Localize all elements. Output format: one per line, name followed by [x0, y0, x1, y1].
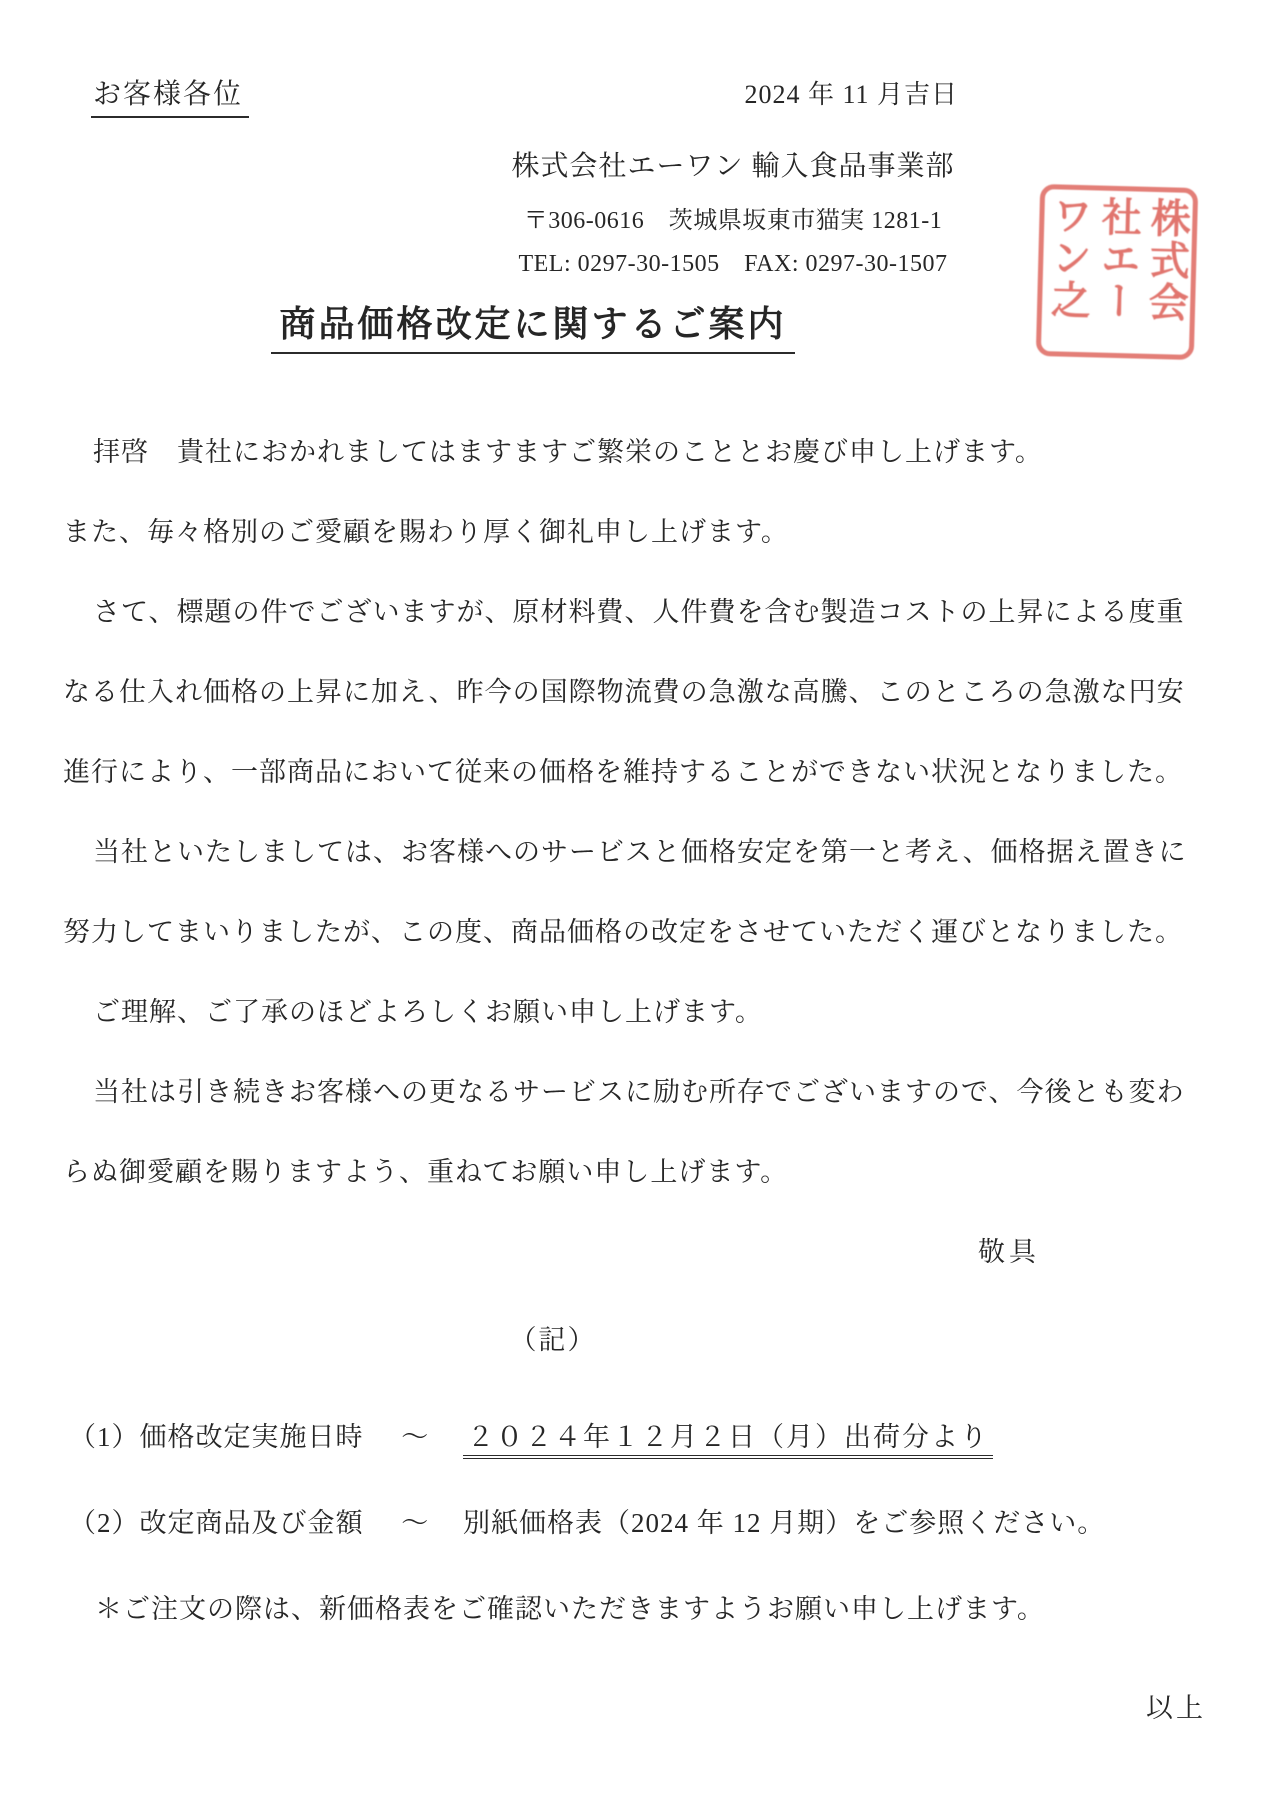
- sender-address: 〒306-0616 茨城県坂東市猫実 1281-1: [383, 200, 1083, 235]
- item-revised-products: （2）改定商品及び金額 ～ 別紙価格表（2024 年 12 月期）をご参照くださ…: [63, 1480, 1210, 1566]
- sender-tel-fax: TEL: 0297-30-1505 FAX: 0297-30-1507: [383, 243, 1083, 278]
- date-line: 2024 年 11 月吉日: [744, 74, 958, 111]
- title-wrap: 商品価格改定に関するご案内: [63, 296, 1003, 354]
- body-block: 拝啓 貴社におかれましてはますますご繁栄のこととお慶び申し上げます。 また、毎々…: [63, 412, 1210, 1212]
- letter-page: お客様各位 2024 年 11 月吉日 株式会社エーワン 輸入食品事業部 〒30…: [0, 0, 1273, 1800]
- item-2-label: （2）改定商品及び金額: [69, 1508, 364, 1538]
- item-2-value: 別紙価格表（2024 年 12 月期）をご参照ください。: [463, 1508, 1105, 1538]
- closing-keigu: 敬具: [63, 1212, 1210, 1292]
- company-seal-stamp: 株式会社エーワン之印: [1036, 184, 1198, 360]
- sender-company: 株式会社エーワン 輸入食品事業部: [383, 144, 1083, 184]
- end-marker-ijou: 以上: [63, 1668, 1210, 1748]
- body-line: なる仕入れ価格の上昇に加え、昨今の国際物流費の急激な高騰、このところの急激な円安: [63, 652, 1210, 732]
- item-1-label: （1）価格改定実施日時: [69, 1422, 364, 1452]
- header-row: お客様各位 2024 年 11 月吉日: [63, 72, 1210, 118]
- body-line: らぬ御愛顧を賜りますよう、重ねてお願い申し上げます。: [63, 1132, 1210, 1212]
- body-line: 当社は引き続きお客様への更なるサービスに励む所存でございますので、今後とも変わ: [63, 1052, 1210, 1132]
- items-block: （1）価格改定実施日時 ～ ２０２４年１２月２日（月）出荷分より （2）改定商品…: [63, 1394, 1210, 1652]
- body-line: 当社といたしましては、お客様へのサービスと価格安定を第一と考え、価格据え置きに: [63, 812, 1210, 892]
- body-line: ご理解、ご了承のほどよろしくお願い申し上げます。: [63, 972, 1210, 1052]
- recipient-line: お客様各位: [91, 72, 249, 118]
- body-line: さて、標題の件でございますが、原材料費、人件費を含む製造コストの上昇による度重: [63, 572, 1210, 652]
- item-price-revision-date: （1）価格改定実施日時 ～ ２０２４年１２月２日（月）出荷分より: [63, 1394, 1210, 1480]
- item-1-tilde: ～: [401, 1394, 429, 1480]
- document-title: 商品価格改定に関するご案内: [271, 296, 794, 354]
- sender-block: 株式会社エーワン 輸入食品事業部 〒306-0616 茨城県坂東市猫実 1281…: [383, 144, 1083, 278]
- item-1-value: ２０２４年１２月２日（月）出荷分より: [463, 1422, 993, 1459]
- order-footnote: ＊ご注文の際は、新価格表をご確認いただきますようお願い申し上げます。: [63, 1566, 1210, 1652]
- body-line: 努力してまいりましたが、この度、商品価格の改定をさせていただく運びとなりました。: [63, 892, 1210, 972]
- body-line: 進行により、一部商品において従来の価格を維持することができない状況となりました。: [63, 732, 1210, 812]
- body-line: 拝啓 貴社におかれましてはますますご繁栄のこととお慶び申し上げます。: [63, 412, 1210, 492]
- company-seal-text: 株式会社エーワン之印: [1041, 194, 1193, 350]
- notice-marker-ki: （記）: [63, 1300, 1043, 1380]
- item-2-tilde: ～: [401, 1480, 429, 1566]
- body-line: また、毎々格別のご愛顧を賜わり厚く御礼申し上げます。: [63, 492, 1210, 572]
